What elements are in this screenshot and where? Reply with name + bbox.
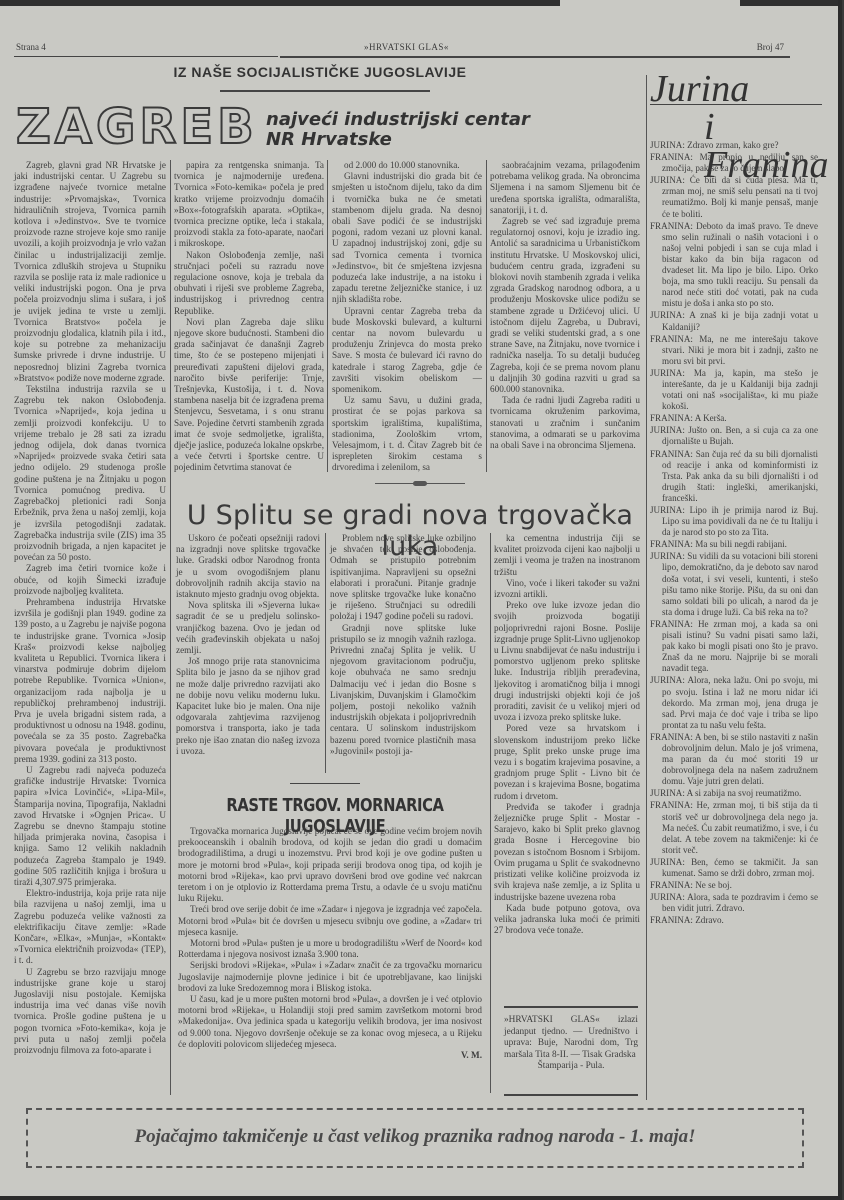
dialogue-line: FRANINA: He zrman moj, a kada sa oni pis…: [650, 619, 818, 674]
dialogue-line: FRANINA: San čuja reć da su bili djornal…: [650, 449, 818, 504]
paragraph: Tada će radni ljudi Zagreba raditi u tvo…: [490, 395, 640, 451]
paragraph: Uz samu Savu, u dužini grada, prostirat …: [332, 395, 482, 473]
imprint-rule-bottom: [504, 1094, 638, 1096]
paragraph: Nakon Oslobođenja zemlje, naši stručnjac…: [174, 250, 324, 317]
dialogue-line: JURINA: Lipo ih je primija narod iz Buj.…: [650, 505, 818, 538]
paragraph: Trgovačka mornarica Jugoslavije pojačat …: [178, 826, 482, 904]
dialogue-line: JURINA: A znaš ki je bija zadnji votat u…: [650, 310, 818, 332]
paragraph: saobraćajnim vezama, prilagođenim potreb…: [490, 160, 640, 216]
title-line-1: Jurina: [650, 70, 830, 108]
paragraph: Novi plan Zagreba daje sliku njegove sko…: [174, 317, 324, 474]
split-column-3: ka cementna industrija čiji se kvalitet …: [494, 533, 640, 936]
masthead: Strana 4 »HRVATSKI GLAS« Broj 47: [16, 40, 784, 56]
scan-edge: [0, 0, 842, 6]
paragraph: Upravni centar Zagreba treba da bude Mos…: [332, 306, 482, 396]
imprint-rule-top: [504, 1006, 638, 1008]
paragraph: Serijski brodovi »Rijeka«, »Pula« i »Zad…: [178, 960, 482, 994]
paragraph: od 2.000 do 10.000 stanovnika.: [332, 160, 482, 171]
dialogue-line: JURINA: A si zabija na svoj reumatižmo.: [650, 788, 818, 799]
paragraph: Motorni brod »Pula« pušten je u more u b…: [178, 938, 482, 960]
jurina-franina-dialogue: JURINA: Zdravo zrman, kako gre? FRANINA:…: [650, 140, 818, 927]
column-rule: [646, 75, 647, 1100]
paragraph: ka cementna industrija čiji se kvalitet …: [494, 533, 640, 578]
dialogue-line: JURINA: Ben, ćemo se takmičit. Ja san ku…: [650, 857, 818, 879]
paragraph: Preko ove luke izvoze jedan dio svojih p…: [494, 600, 640, 723]
paragraph: Problem nove splitske luke ozbiljno je s…: [330, 533, 476, 623]
issue-number: Broj 47: [757, 42, 784, 52]
dialogue-line: JURINA: Alora, neka lažu. Oni po svoju, …: [650, 675, 818, 730]
paper-name: »HRVATSKI GLAS«: [364, 42, 449, 52]
column-rule: [170, 160, 171, 1095]
dialogue-line: FRANINA: He, zrman moj, ti biš stija da …: [650, 800, 818, 855]
banner-text: Pojačajmo takmičenje u čast velikog praz…: [28, 1126, 802, 1148]
paragraph: Još mnogo prije rata stanovnicima Splita…: [176, 656, 320, 757]
dialogue-line: FRANINA: Ne se boj.: [650, 880, 818, 891]
ornamental-divider: [375, 483, 465, 484]
zagreb-subheadline: najveći industrijski centar NR Hrvatske: [266, 110, 530, 150]
headline-rule: [290, 783, 360, 784]
mornarica-body: Trgovačka mornarica Jugoslavije pojačat …: [178, 826, 482, 1061]
subheadline-line-1: najveći industrijski centar: [266, 110, 530, 130]
column-rule: [490, 533, 491, 1093]
paragraph: Elektro-industrija, koja prije rata nije…: [14, 888, 166, 966]
paragraph: papira za rentgenska snimanja. Ta tvorni…: [174, 160, 324, 250]
paragraph: Uskoro će počeati opsežniji radovi na iz…: [176, 533, 320, 600]
zagreb-headline: ZAGREB: [16, 103, 258, 151]
title-rule: [650, 104, 822, 105]
column-rule: [325, 533, 326, 773]
imprint-printer: Štamparija - Pula.: [504, 1061, 638, 1073]
newspaper-page: Strana 4 »HRVATSKI GLAS« Broj 47 IZ NAŠE…: [0, 0, 842, 1200]
page-number: Strana 4: [16, 42, 46, 52]
imprint-text: »HRVATSKI GLAS« izlazi jedanput tjedno. …: [504, 1015, 638, 1061]
paragraph: Glavni industrijski dio grada bit će smj…: [332, 171, 482, 305]
subheadline-line-2: NR Hrvatske: [266, 130, 530, 150]
paragraph: Treći brod ove serije dobit će ime »Zada…: [178, 904, 482, 938]
paragraph: Gradnji nove splitske luke pristupilo se…: [330, 623, 476, 757]
masthead-rule-right: [280, 56, 790, 58]
dialogue-line: JURINA: Zdravo zrman, kako gre?: [650, 140, 818, 151]
column-rule: [486, 160, 487, 472]
paragraph: Vino, voće i likeri također su važni izv…: [494, 578, 640, 600]
dialogue-line: FRANINA: Deboto da imaš pravo. Te dneve …: [650, 221, 818, 310]
paragraph: Tekstilna industrija razvila se u Zagreb…: [14, 384, 166, 563]
paragraph: Nova splitska ili »Sjeverna luka« sagrad…: [176, 600, 320, 656]
masthead-rule-left: [14, 56, 278, 57]
section-title-underline: [220, 90, 430, 92]
paragraph: U Zagrebu se brzo razvijaju mnoge indust…: [14, 967, 166, 1057]
paragraph: U času, kad je u more pušten motorni bro…: [178, 994, 482, 1050]
dialogue-line: FRANINA: Ma su bili negdi rabijani.: [650, 539, 818, 550]
dialogue-line: JURINA: Alora, sada te pozdravim i ćemo …: [650, 892, 818, 914]
dialogue-line: JURINA: Ma ja, kapin, ma stešo je intere…: [650, 368, 818, 412]
may-day-banner: Pojačajmo takmičenje u čast velikog praz…: [26, 1108, 804, 1168]
imprint-box: »HRVATSKI GLAS« izlazi jedanput tjedno. …: [504, 1015, 638, 1073]
dialogue-line: FRANINA: A ben, bi se stilo nastaviti z …: [650, 732, 818, 787]
paragraph: Prehrambena industrija Hrvatske izvršila…: [14, 597, 166, 765]
column-rule: [327, 160, 328, 472]
dialogue-line: FRANINA: A Keršа.: [650, 413, 818, 424]
paragraph: Kada bude potpuno gotova, ova velika jad…: [494, 903, 640, 937]
section-title: IZ NAŠE SOCIJALISTIČKE JUGOSLAVIJE: [140, 64, 500, 80]
paragraph: Zagreb, glavni grad NR Hrvatske je jaki …: [14, 160, 166, 384]
dialogue-line: FRANINA: Ma propio u nedilju san se zmoč…: [650, 152, 818, 174]
dialogue-line: FRANINA: Zdravo.: [650, 915, 818, 926]
paragraph: Zagreb ima četiri tvornice kože i obuće,…: [14, 563, 166, 597]
paragraph: U Zagrebu radi najveća poduzeća grafičke…: [14, 765, 166, 888]
dialogue-line: JURINA: Su vidili da su votacioni bili s…: [650, 551, 818, 618]
dialogue-line: JURINA: Će biti da si cuda plesa. Ma ti,…: [650, 175, 818, 219]
zagreb-column-4: saobraćajnim vezama, prilagođenim potreb…: [490, 160, 640, 451]
dialogue-line: JURINA: Jušto on. Ben, a si cuja ca za o…: [650, 425, 818, 447]
zagreb-column-2: papira za rentgenska snimanja. Ta tvorni…: [174, 160, 324, 474]
paragraph: Zagreb se već sad izgrađuje prema regula…: [490, 216, 640, 395]
zagreb-column-3: od 2.000 do 10.000 stanovnika. Glavni in…: [332, 160, 482, 474]
paragraph: Pored veze sa hrvatskom i slovenskom ind…: [494, 723, 640, 801]
split-column-2: Problem nove splitske luke ozbiljno je s…: [330, 533, 476, 757]
author-signature: V. M.: [178, 1050, 482, 1061]
paragraph: Predviđa se također i gradnja željezničk…: [494, 802, 640, 903]
zagreb-column-1: Zagreb, glavni grad NR Hrvatske je jaki …: [14, 160, 166, 1056]
split-column-1: Uskoro će počeati opsežniji radovi na iz…: [176, 533, 320, 757]
dialogue-line: FRANINA: Ma, ne me interešaju takove stv…: [650, 334, 818, 367]
